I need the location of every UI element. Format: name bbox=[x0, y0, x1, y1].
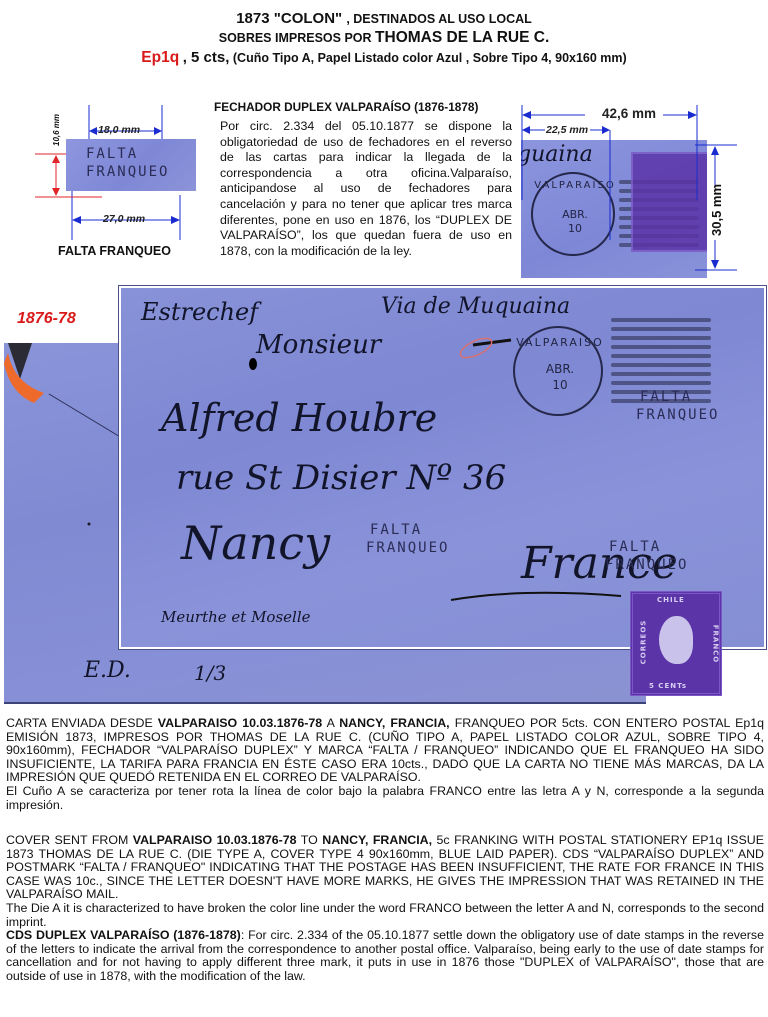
dim-cds-width: 22,5 mm bbox=[546, 124, 588, 136]
falta-line1: FALTA bbox=[86, 145, 169, 163]
header-title-suffix: , DESTINADOS AL USO LOCAL bbox=[346, 12, 531, 26]
desc-es-die-note: El Cuño A se caracteriza por tener rota … bbox=[6, 785, 764, 812]
mark1-line2: FRANQUEO bbox=[636, 406, 719, 424]
desc-es-text: A bbox=[322, 716, 339, 730]
description-spanish: CARTA ENVIADA DESDE VALPARAISO 10.03.187… bbox=[6, 717, 764, 812]
falta-franqueo-label: FALTA FRANQUEO bbox=[58, 244, 171, 258]
header-line-3: Ep1q , 5 cts, (Cuño Tipo A, Papel Listad… bbox=[0, 48, 768, 68]
description-english: COVER SENT FROM VALPARAISO 10.03.1876-78… bbox=[6, 834, 764, 984]
header-printer: THOMAS DE LA RUE C. bbox=[375, 29, 549, 46]
dim-total-width: 42,6 mm bbox=[600, 106, 658, 121]
desc-en-text: COVER SENT FROM bbox=[6, 833, 133, 847]
page-header: 1873 "COLON" , DESTINADOS AL USO LOCAL S… bbox=[0, 10, 768, 68]
header-details: (Cuño Tipo A, Papel Listado color Azul ,… bbox=[233, 51, 627, 65]
columbus-portrait bbox=[659, 616, 693, 664]
mark3-line1: FALTA bbox=[605, 538, 688, 556]
desc-en-cds-title: CDS DUPLEX VALPARAÍSO (1876-1878) bbox=[6, 928, 241, 942]
desc-en-die-note: The Die A it is characterized to have br… bbox=[6, 902, 764, 929]
face-value: , 5 cts, bbox=[183, 49, 230, 66]
cds-postmark-cover: VALPARAISO ABR. 10 bbox=[513, 326, 603, 416]
header-line-2: SOBRES IMPRESOS POR THOMAS DE LA RUE C. bbox=[0, 28, 768, 48]
falta-franqueo-crop: FALTA FRANQUEO bbox=[66, 139, 196, 191]
falta-stamp-text: FALTA FRANQUEO bbox=[86, 145, 169, 181]
mark1-line1: FALTA bbox=[636, 388, 719, 406]
dim-width-top: 18,0 mm bbox=[98, 124, 140, 136]
header-year: 1873 "COLON" bbox=[236, 10, 342, 27]
dim-height: 10,6 mm bbox=[52, 114, 61, 146]
year-label: 1876-78 bbox=[17, 310, 76, 328]
dim-width-bottom: 27,0 mm bbox=[103, 213, 145, 225]
desc-en-origin: VALPARAISO 10.03.1876-78 bbox=[133, 833, 297, 847]
desc-en-destination: NANCY, FRANCIA, bbox=[322, 833, 432, 847]
cds-cover-town: VALPARAISO bbox=[515, 336, 605, 349]
fechador-title: FECHADOR DUPLEX VALPARAÍSO (1876-1878) bbox=[214, 100, 478, 114]
desc-es-destination: NANCY, FRANCIA, bbox=[339, 716, 449, 730]
desc-en-cds-note: CDS DUPLEX VALPARAÍSO (1876-1878): For c… bbox=[6, 929, 764, 983]
dim-postmark-height: 30,5 mm bbox=[709, 184, 724, 236]
mark2-line1: FALTA bbox=[366, 521, 449, 539]
header-line-1: 1873 "COLON" , DESTINADOS AL USO LOCAL bbox=[0, 10, 768, 28]
mark2-line2: FRANQUEO bbox=[366, 539, 449, 557]
city: Nancy bbox=[181, 516, 330, 570]
stamp-franco-text: FRANCO bbox=[712, 625, 720, 664]
addressee: Alfred Houbre bbox=[161, 396, 437, 440]
stamp-impression: CHILE CORREOS FRANCO 5 CENTs bbox=[630, 591, 722, 696]
mark3-line2: FRANQUEO bbox=[605, 556, 688, 574]
cds-cover-month: ABR. bbox=[515, 362, 605, 376]
falta-franqueo-mark-3: FALTA FRANQUEO bbox=[605, 538, 688, 574]
department: Meurthe et Moselle bbox=[161, 608, 311, 626]
back-mark: 1/3 bbox=[194, 661, 226, 685]
header-printer-prefix: SOBRES IMPRESOS POR bbox=[219, 31, 372, 45]
desc-en-text: TO bbox=[297, 833, 323, 847]
stamp-left-text: CORREOS bbox=[639, 620, 647, 665]
catalog-number: Ep1q bbox=[141, 49, 179, 66]
salutation: Monsieur bbox=[256, 330, 381, 360]
envelope-front: Estrechef Via de Muquaina Monsieur Alfre… bbox=[119, 286, 766, 649]
street-address: rue St Disier Nº 36 bbox=[176, 458, 506, 498]
falta-line2: FRANQUEO bbox=[86, 163, 169, 181]
back-initials: E.D. bbox=[84, 658, 131, 683]
desc-es-text: CARTA ENVIADA DESDE bbox=[6, 716, 158, 730]
falta-franqueo-mark-2: FALTA FRANQUEO bbox=[366, 521, 449, 557]
stamp-value: 5 CENTs bbox=[649, 682, 687, 690]
falta-franqueo-mark-1: FALTA FRANQUEO bbox=[636, 388, 719, 424]
stamp-country: CHILE bbox=[657, 596, 685, 604]
fechador-body: Por circ. 2.334 del 05.10.1877 se dispon… bbox=[220, 119, 512, 259]
cds-cover-day: 10 bbox=[515, 378, 605, 392]
desc-es-origin: VALPARAISO 10.03.1876-78 bbox=[158, 716, 322, 730]
